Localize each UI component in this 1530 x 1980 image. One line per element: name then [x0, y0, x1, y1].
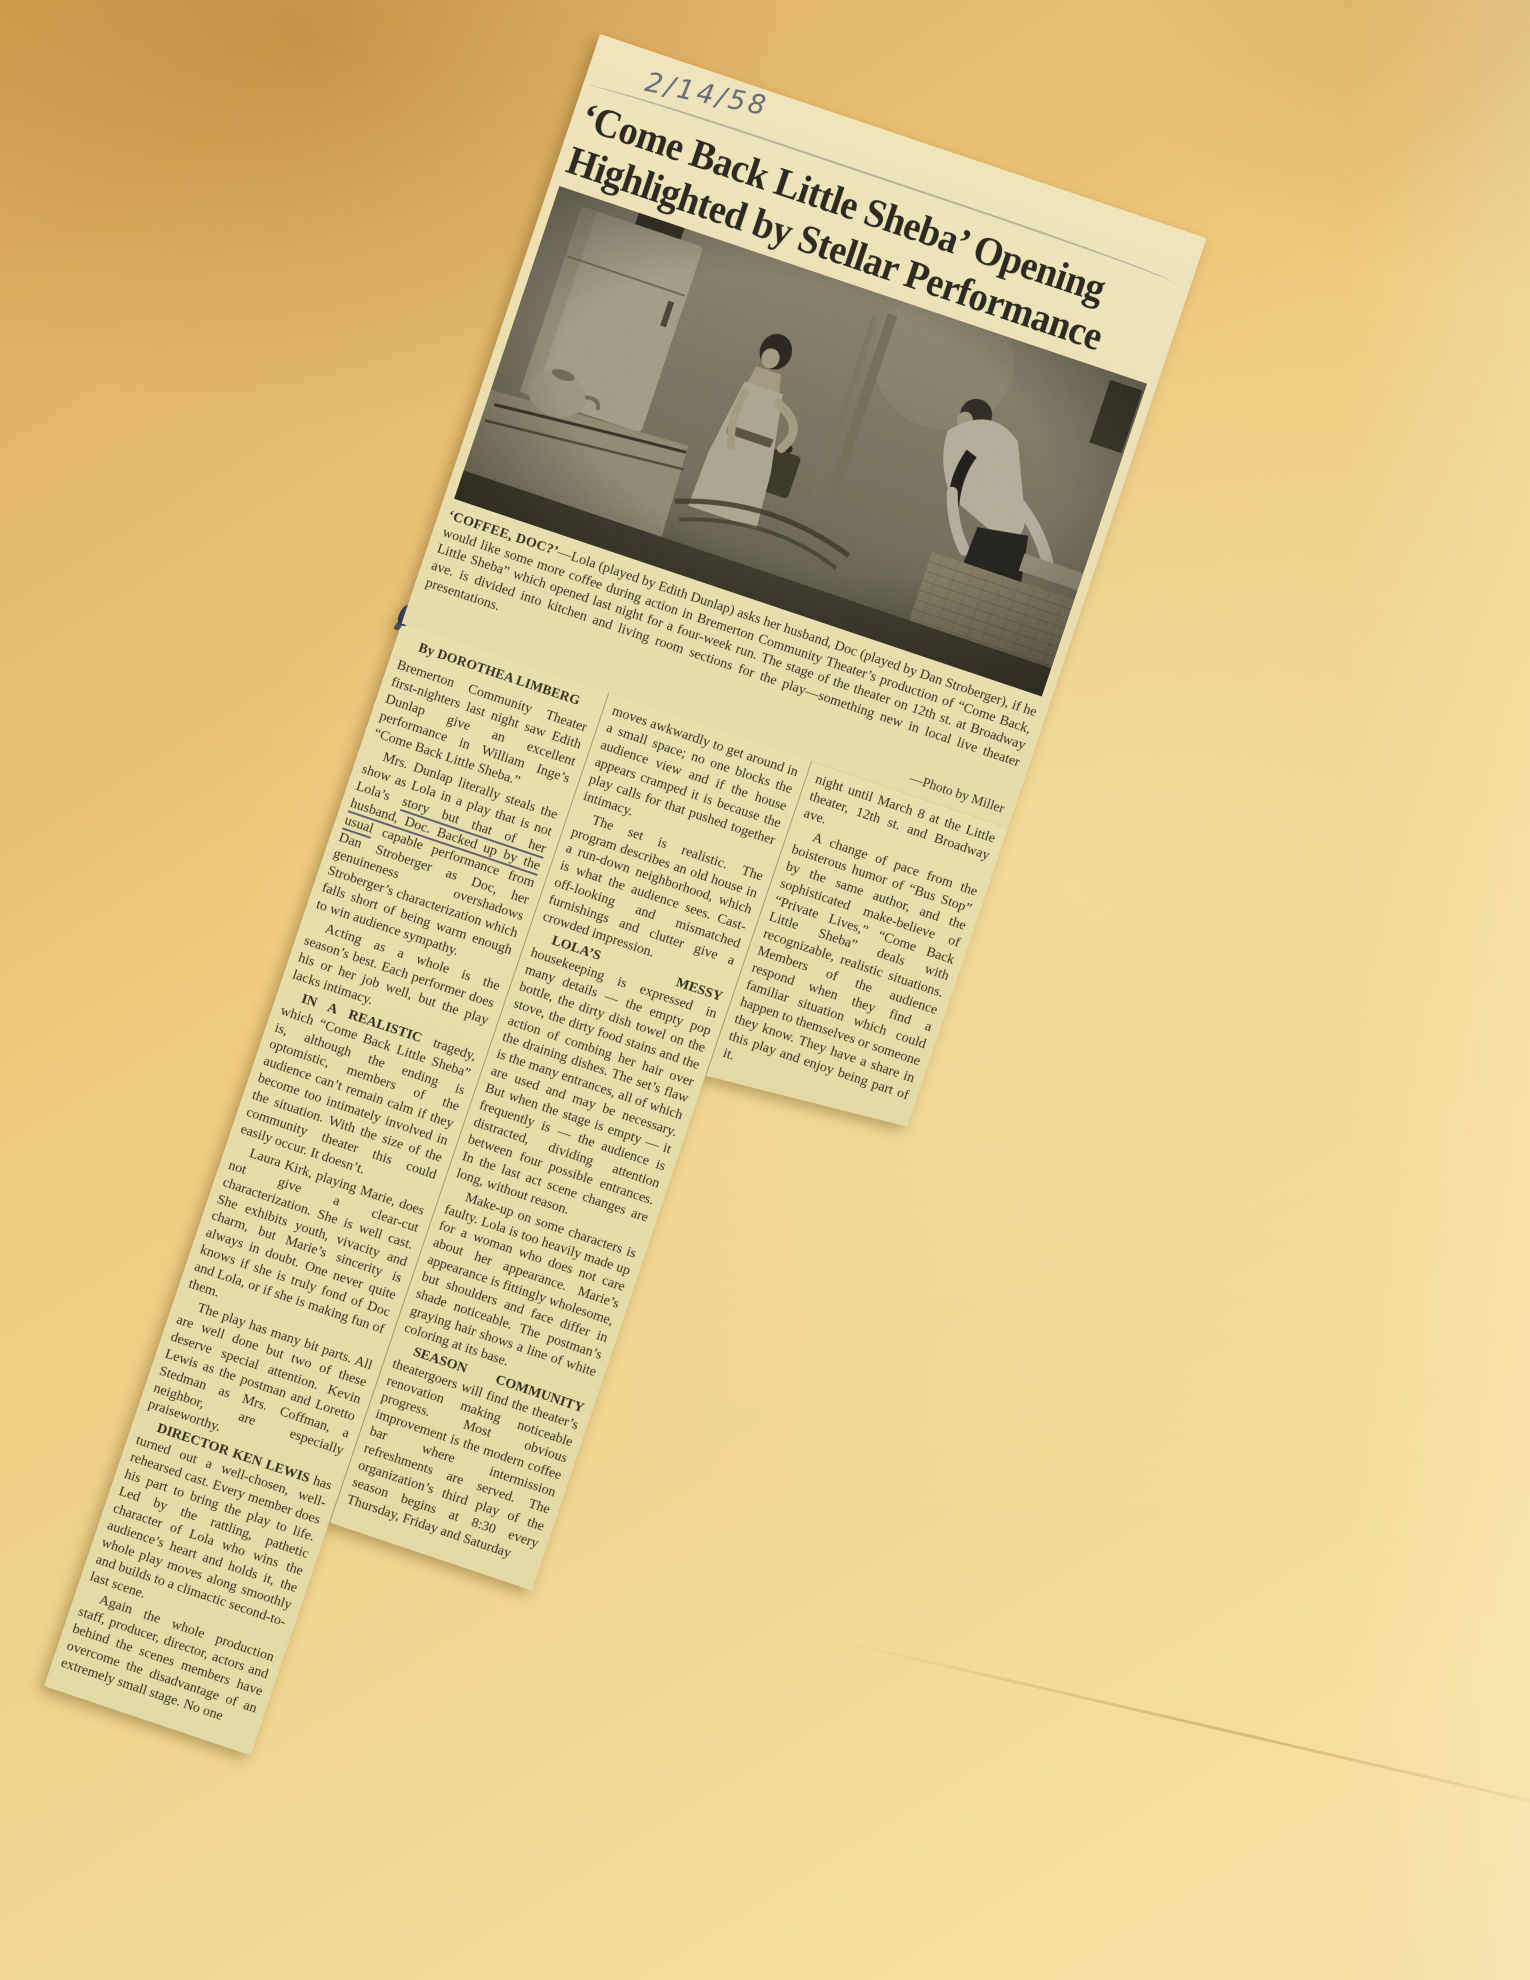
article-columns: By DOROTHEA LIMBERG Bremerton Community …	[44, 624, 1008, 1890]
news-clipping: 2/14/58 ‘Come Back Little Sheba’ Opening…	[44, 34, 1207, 1890]
page-crease	[830, 1638, 1530, 1825]
scrapbook-photo: { "colors": { "page_background": "#ecc87…	[0, 0, 1530, 1980]
